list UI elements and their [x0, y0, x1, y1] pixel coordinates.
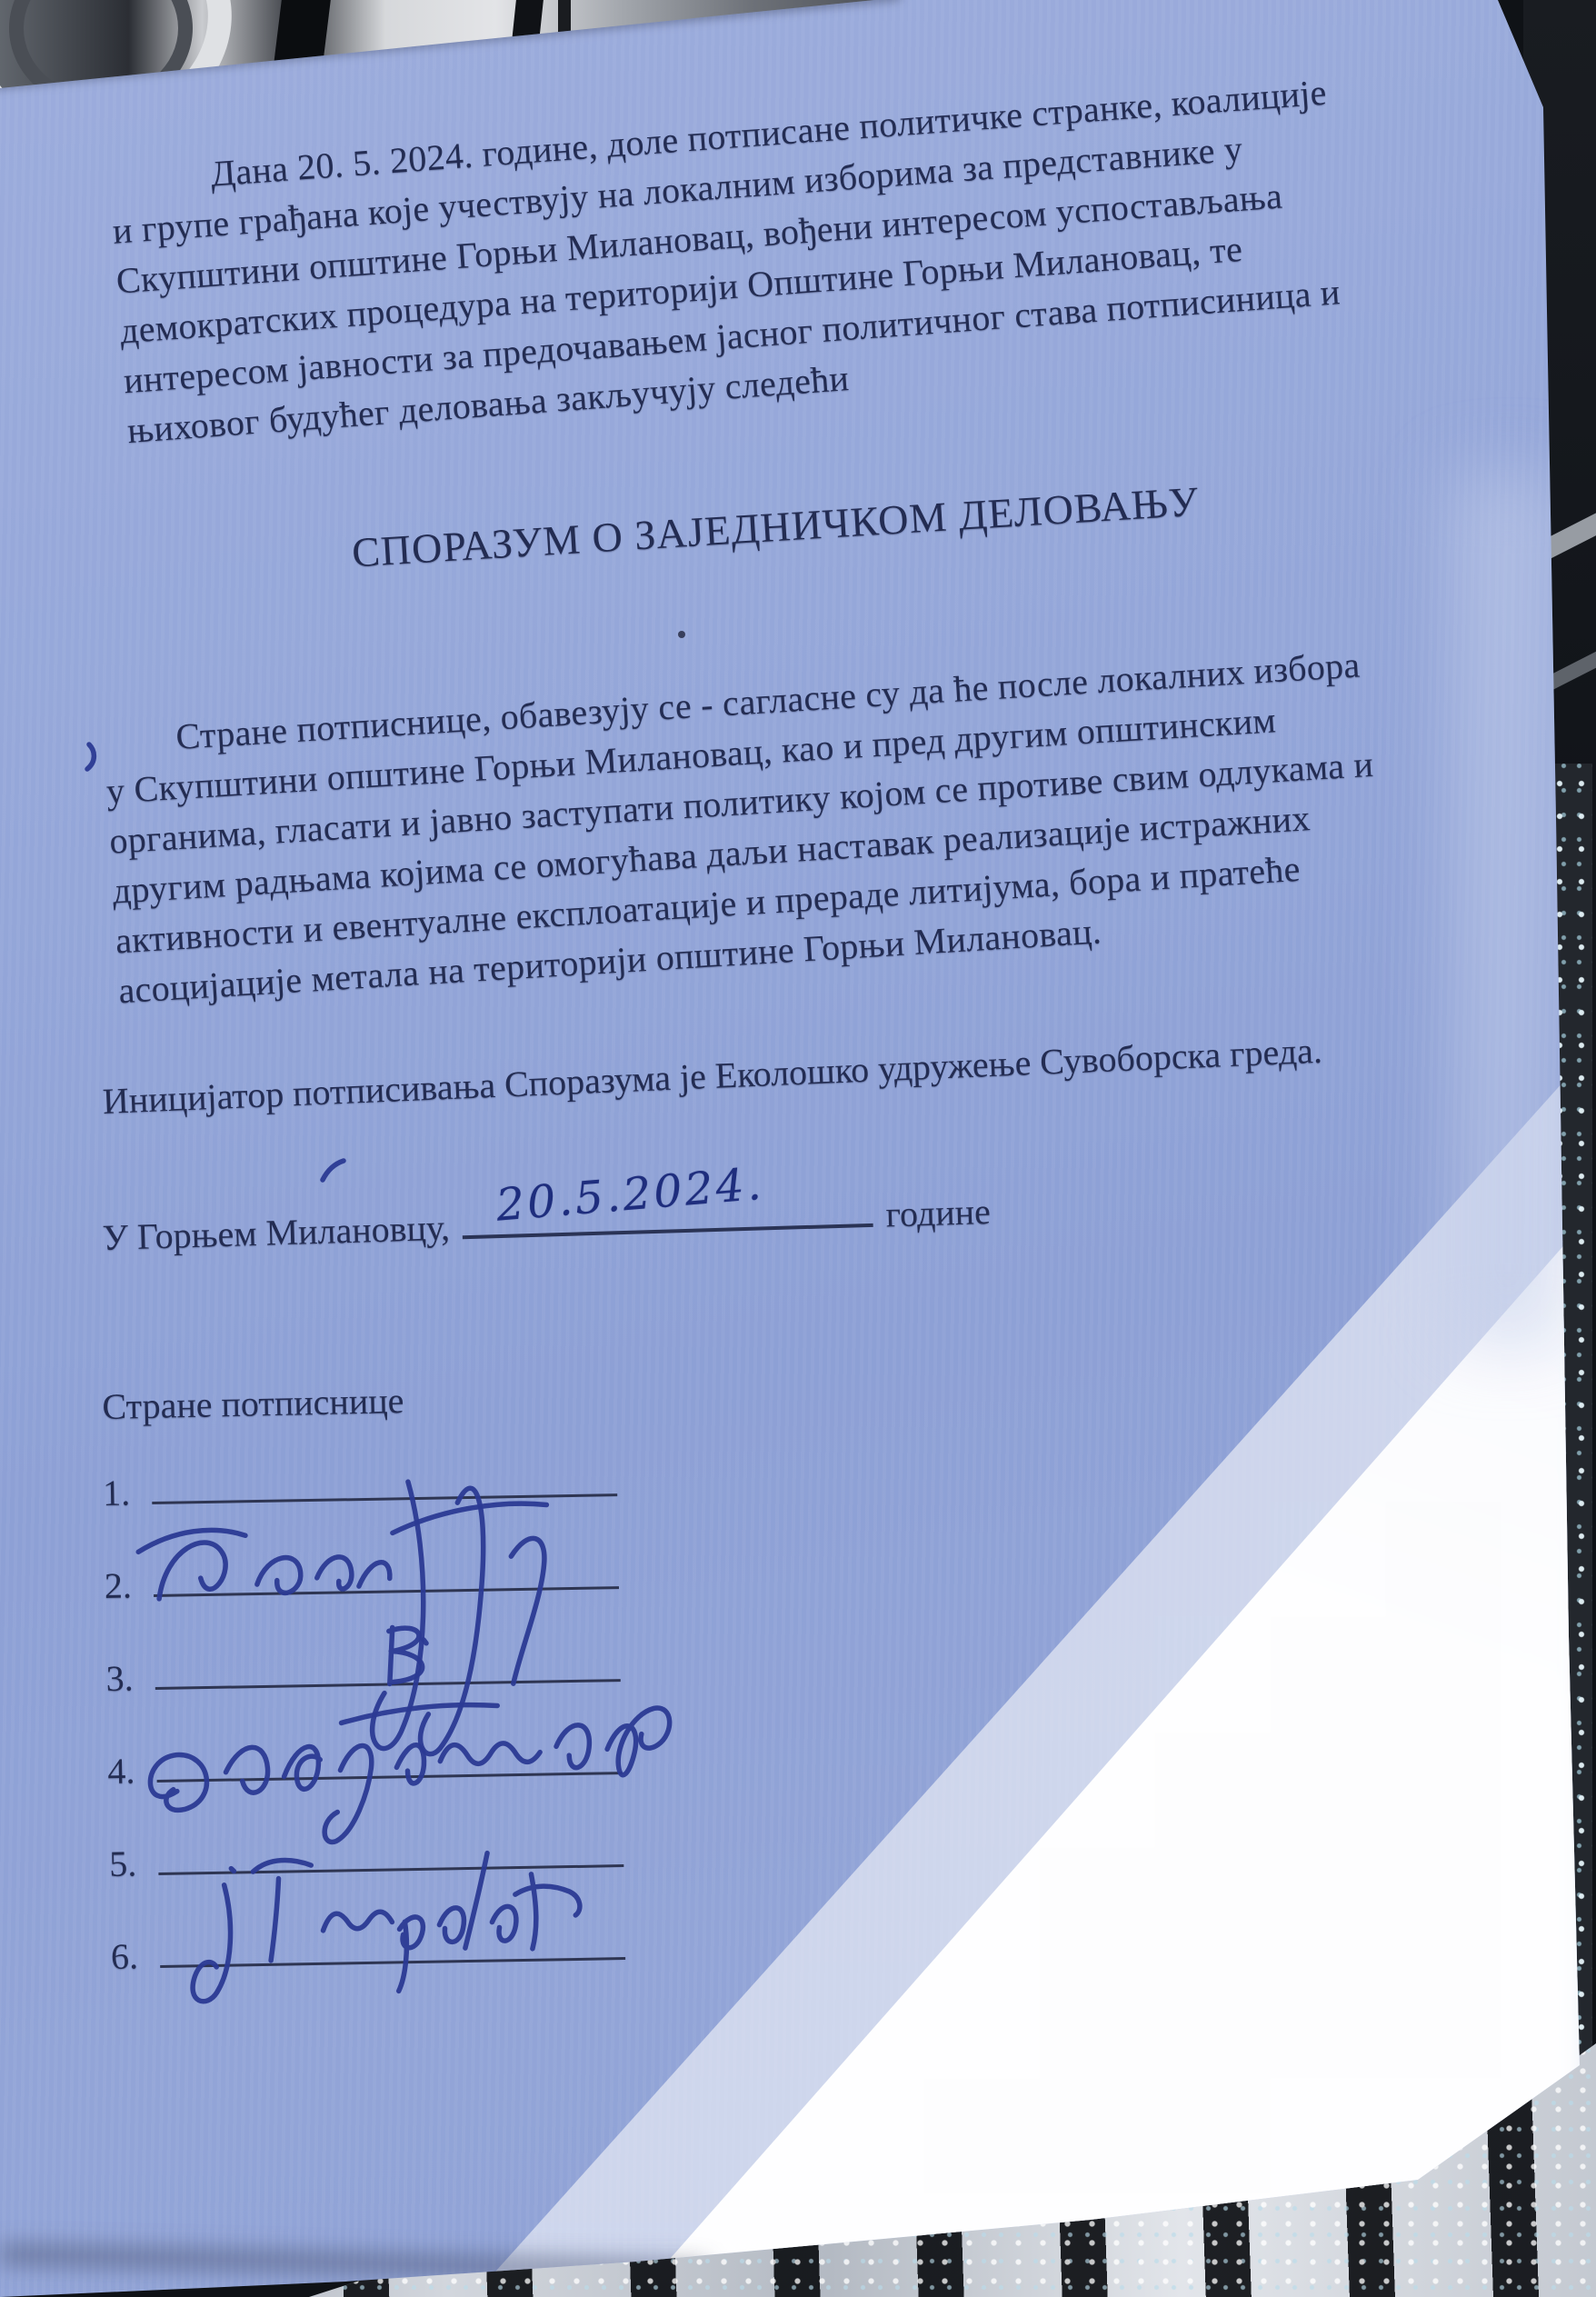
signature-scribble-row-6 [191, 1852, 582, 2002]
signatures-ink-layer [118, 1442, 819, 2035]
signature-scribble-row-4 [149, 1702, 672, 1845]
date-blank-rule: 20.5.2024. [463, 1214, 873, 1239]
date-suffix: године [885, 1191, 991, 1234]
paper-sheet: Дана 20. 5. 2024. године, доле потписане… [0, 0, 1596, 2297]
stray-pen-mark [84, 742, 105, 773]
signatories-heading: Стране потписнице [102, 1379, 404, 1428]
signature-list: 1. 2. 3. 4. 5. 6. [102, 1423, 839, 2036]
photo-of-signed-agreement: Дана 20. 5. 2024. године, доле потписане… [0, 0, 1596, 2297]
signature-scribble-rows-2-3 [137, 1479, 551, 1759]
stray-ink-dot [678, 631, 685, 638]
stray-pen-tick [320, 1158, 347, 1183]
